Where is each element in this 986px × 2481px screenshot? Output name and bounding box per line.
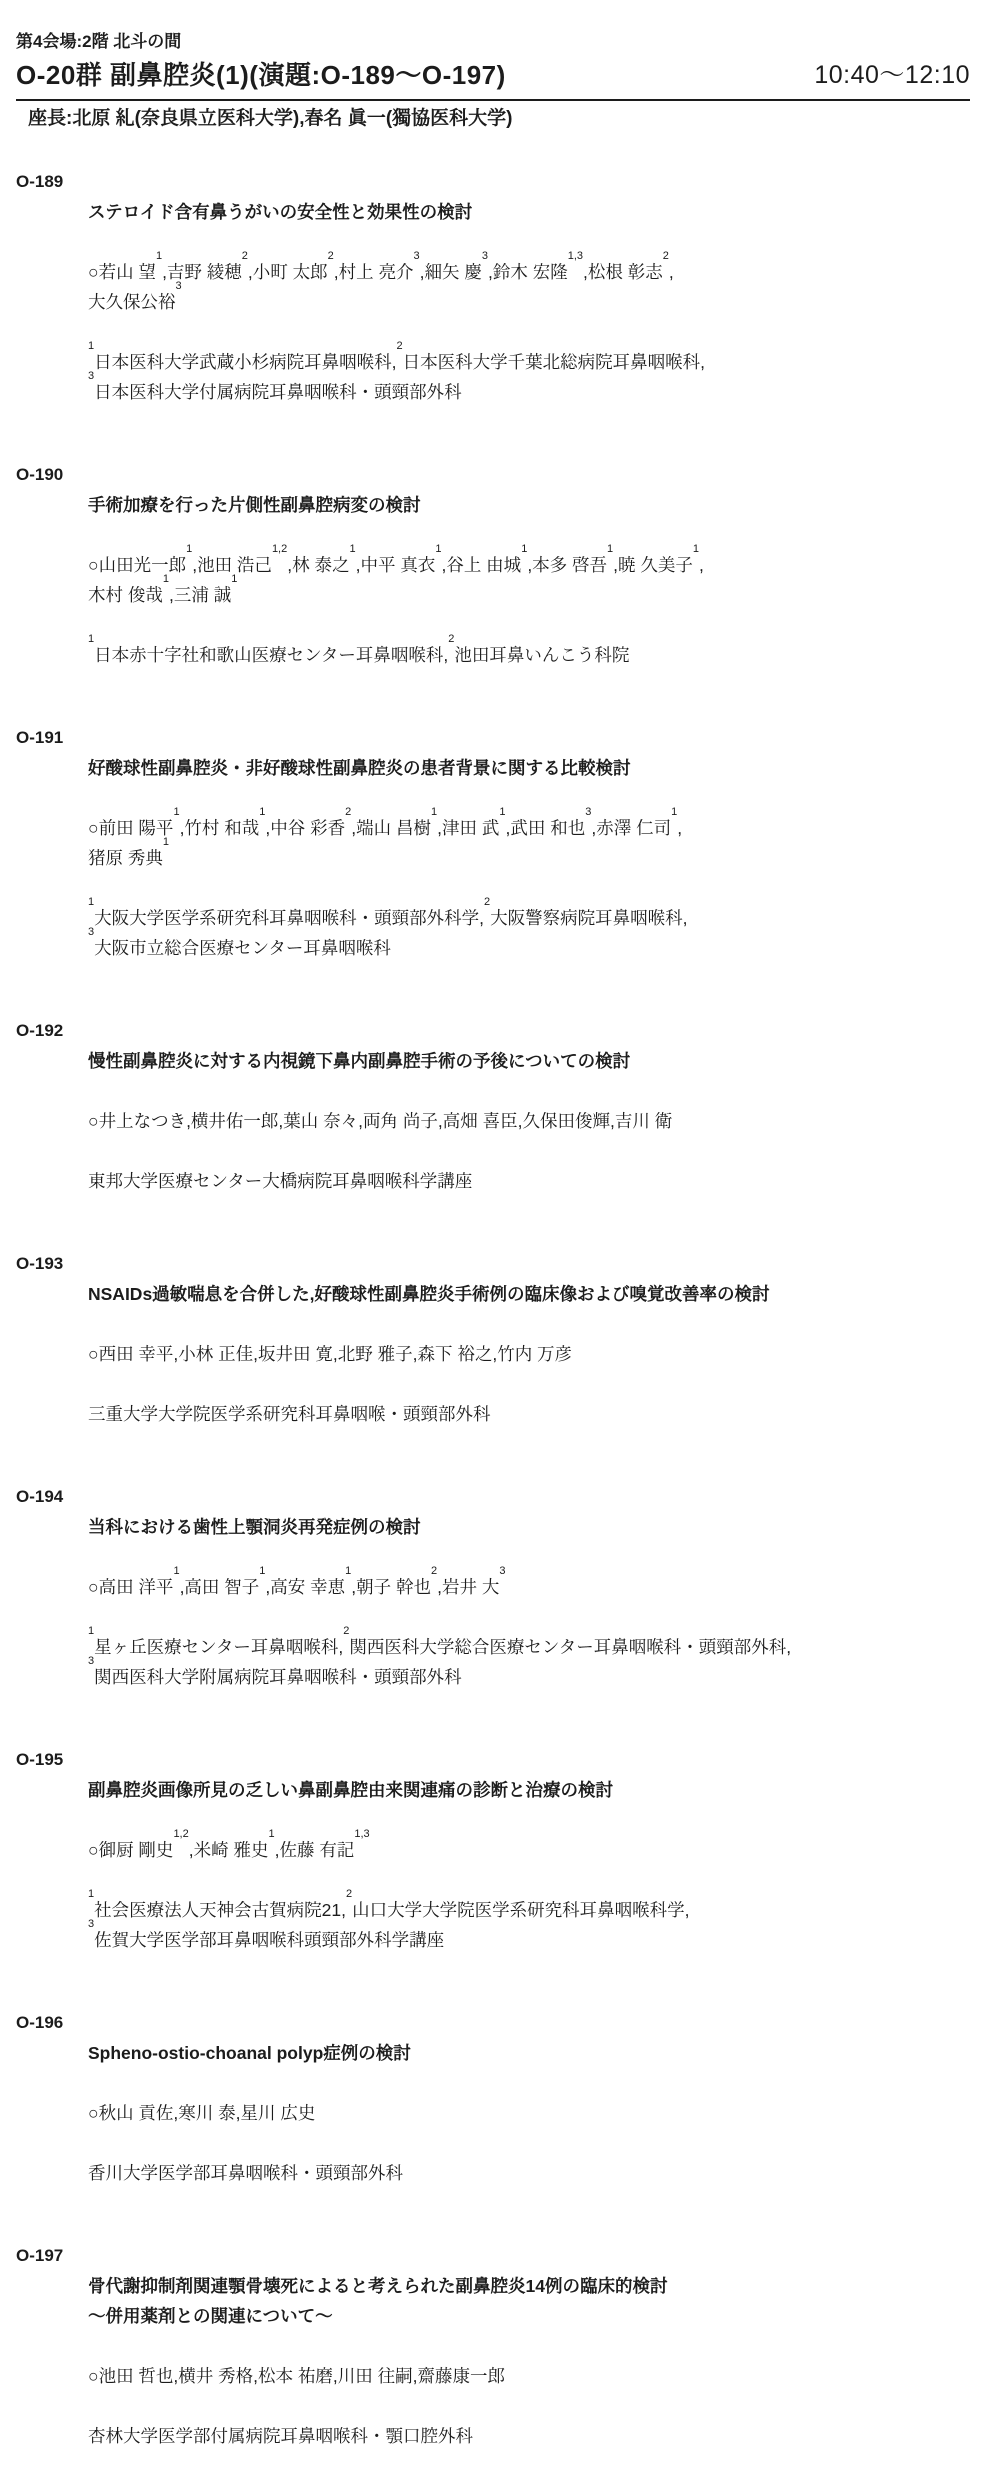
presentation-title: ステロイド含有鼻うがいの安全性と効果性の検討 (88, 197, 970, 227)
presentation-content: 好酸球性副鼻腔炎・非好酸球性副鼻腔炎の患者背景に関する比較検討 ○前田 陽平1,… (88, 723, 970, 993)
session-title: O-20群 副鼻腔炎(1)(演題:O-189〜O-197) (16, 58, 506, 92)
presentation-title: NSAIDs過敏喘息を合併した,好酸球性副鼻腔炎手術例の臨床像および嗅覚改善率の… (88, 1279, 970, 1309)
presentation-entry-o195: O-195 副鼻腔炎画像所見の乏しい鼻副鼻腔由来関連痛の診断と治療の検討 ○御厨… (16, 1745, 970, 1985)
presentation-authors: ○山田光一郎1,池田 浩己1,2,林 泰之1,中平 真衣1,谷上 由城1,本多 … (88, 550, 970, 610)
presentation-affiliations: 1日本医科大学武蔵小杉病院耳鼻咽喉科,2日本医科大学千葉北総病院耳鼻咽喉科, 3… (88, 347, 970, 407)
presentation-authors: ○若山 望1,吉野 綾穂2,小町 太郎2,村上 亮介3,細矢 慶3,鈴木 宏隆1… (88, 257, 970, 317)
presentation-title: Spheno-ostio-choanal polyp症例の検討 (88, 2038, 970, 2068)
session-header: O-20群 副鼻腔炎(1)(演題:O-189〜O-197) 10:40〜12:1… (16, 58, 970, 92)
presentation-authors: ○前田 陽平1,竹村 和哉1,中谷 彩香2,端山 昌樹1,津田 武1,武田 和也… (88, 813, 970, 873)
presentation-id: O-194 (16, 1482, 88, 1722)
presentation-id: O-193 (16, 1249, 88, 1459)
presentation-entry-o192: O-192 慢性副鼻腔炎に対する内視鏡下鼻内副鼻腔手術の予後についての検討 ○井… (16, 1016, 970, 1226)
presentation-title: 骨代謝抑制剤関連顎骨壊死によると考えられた副鼻腔炎14例の臨床的検討 〜併用薬剤… (88, 2271, 970, 2331)
presentation-affiliations: 1社会医療法人天神会古賀病院21,2山口大学大学院医学系研究科耳鼻咽喉科学, 3… (88, 1895, 970, 1955)
presentation-id: O-195 (16, 1745, 88, 1985)
presentation-title: 好酸球性副鼻腔炎・非好酸球性副鼻腔炎の患者背景に関する比較検討 (88, 753, 970, 783)
presentation-affiliations: 1大阪大学医学系研究科耳鼻咽喉科・頭頸部外科学,2大阪警察病院耳鼻咽喉科, 3大… (88, 903, 970, 963)
presentation-entry-o189: O-189 ステロイド含有鼻うがいの安全性と効果性の検討 ○若山 望1,吉野 綾… (16, 167, 970, 437)
presentation-affiliations: 1日本赤十字社和歌山医療センター耳鼻咽喉科,2池田耳鼻いんこう科院 (88, 640, 970, 670)
presentation-id: O-192 (16, 1016, 88, 1226)
program-page: 第4会場:2階 北斗の間 O-20群 副鼻腔炎(1)(演題:O-189〜O-19… (0, 0, 986, 2481)
presentation-content: 骨代謝抑制剤関連顎骨壊死によると考えられた副鼻腔炎14例の臨床的検討 〜併用薬剤… (88, 2241, 970, 2481)
presentation-title: 当科における歯性上顎洞炎再発症例の検討 (88, 1512, 970, 1542)
presentation-entry-o196: O-196 Spheno-ostio-choanal polyp症例の検討 ○秋… (16, 2008, 970, 2218)
presentation-affiliations: 三重大学大学院医学系研究科耳鼻咽喉・頭頸部外科 (88, 1399, 970, 1429)
presentation-authors: ○西田 幸平,小林 正佳,坂井田 寛,北野 雅子,森下 裕之,竹内 万彦 (88, 1339, 970, 1369)
presentation-affiliations: 杏林大学医学部付属病院耳鼻咽喉科・顎口腔外科 (88, 2421, 970, 2451)
presentation-authors: ○御厨 剛史1,2,米崎 雅史1,佐藤 有記1,3 (88, 1835, 970, 1865)
presentation-entry-o193: O-193 NSAIDs過敏喘息を合併した,好酸球性副鼻腔炎手術例の臨床像および… (16, 1249, 970, 1459)
presentation-content: Spheno-ostio-choanal polyp症例の検討 ○秋山 貢佐,寒… (88, 2008, 970, 2218)
presentation-affiliations: 香川大学医学部耳鼻咽喉科・頭頸部外科 (88, 2158, 970, 2188)
presentation-content: 当科における歯性上顎洞炎再発症例の検討 ○高田 洋平1,高田 智子1,高安 幸恵… (88, 1482, 970, 1722)
presentation-content: ステロイド含有鼻うがいの安全性と効果性の検討 ○若山 望1,吉野 綾穂2,小町 … (88, 167, 970, 437)
presentation-content: 手術加療を行った片側性副鼻腔病変の検討 ○山田光一郎1,池田 浩己1,2,林 泰… (88, 460, 970, 700)
presentation-id: O-197 (16, 2241, 88, 2481)
presentation-entry-o191: O-191 好酸球性副鼻腔炎・非好酸球性副鼻腔炎の患者背景に関する比較検討 ○前… (16, 723, 970, 993)
presentation-entry-o197: O-197 骨代謝抑制剤関連顎骨壊死によると考えられた副鼻腔炎14例の臨床的検討… (16, 2241, 970, 2481)
presentation-authors: ○秋山 貢佐,寒川 泰,星川 広史 (88, 2098, 970, 2128)
presentation-title: 慢性副鼻腔炎に対する内視鏡下鼻内副鼻腔手術の予後についての検討 (88, 1046, 970, 1076)
presentation-content: 慢性副鼻腔炎に対する内視鏡下鼻内副鼻腔手術の予後についての検討 ○井上なつき,横… (88, 1016, 970, 1226)
presentation-entry-o194: O-194 当科における歯性上顎洞炎再発症例の検討 ○高田 洋平1,高田 智子1… (16, 1482, 970, 1722)
presentations-list: O-189 ステロイド含有鼻うがいの安全性と効果性の検討 ○若山 望1,吉野 綾… (16, 167, 970, 2481)
presentation-authors: ○井上なつき,横井佑一郎,葉山 奈々,両角 尚子,高畑 喜臣,久保田俊輝,吉川 … (88, 1106, 970, 1136)
presentation-id: O-196 (16, 2008, 88, 2218)
venue-label: 第4会場:2階 北斗の間 (16, 30, 970, 54)
presentation-id: O-190 (16, 460, 88, 700)
presentation-authors: ○高田 洋平1,高田 智子1,高安 幸恵1,朝子 幹也2,岩井 大3 (88, 1572, 970, 1602)
presentation-affiliations: 東邦大学医療センター大橋病院耳鼻咽喉科学講座 (88, 1166, 970, 1196)
presentation-entry-o190: O-190 手術加療を行った片側性副鼻腔病変の検討 ○山田光一郎1,池田 浩己1… (16, 460, 970, 700)
session-time: 10:40〜12:10 (814, 58, 970, 92)
presentation-content: NSAIDs過敏喘息を合併した,好酸球性副鼻腔炎手術例の臨床像および嗅覚改善率の… (88, 1249, 970, 1459)
presentation-title: 手術加療を行った片側性副鼻腔病変の検討 (88, 490, 970, 520)
presentation-authors: ○池田 哲也,横井 秀格,松本 祐磨,川田 往嗣,齋藤康一郎 (88, 2361, 970, 2391)
presentation-title: 副鼻腔炎画像所見の乏しい鼻副鼻腔由来関連痛の診断と治療の検討 (88, 1775, 970, 1805)
chairs-line: 座長:北原 糺(奈良県立医科大学),春名 眞一(獨協医科大学) (16, 103, 970, 135)
presentation-id: O-191 (16, 723, 88, 993)
presentation-content: 副鼻腔炎画像所見の乏しい鼻副鼻腔由来関連痛の診断と治療の検討 ○御厨 剛史1,2… (88, 1745, 970, 1985)
presentation-id: O-189 (16, 167, 88, 437)
presentation-affiliations: 1星ヶ丘医療センター耳鼻咽喉科,2関西医科大学総合医療センター耳鼻咽喉科・頭頸部… (88, 1632, 970, 1692)
header-divider (16, 99, 970, 101)
